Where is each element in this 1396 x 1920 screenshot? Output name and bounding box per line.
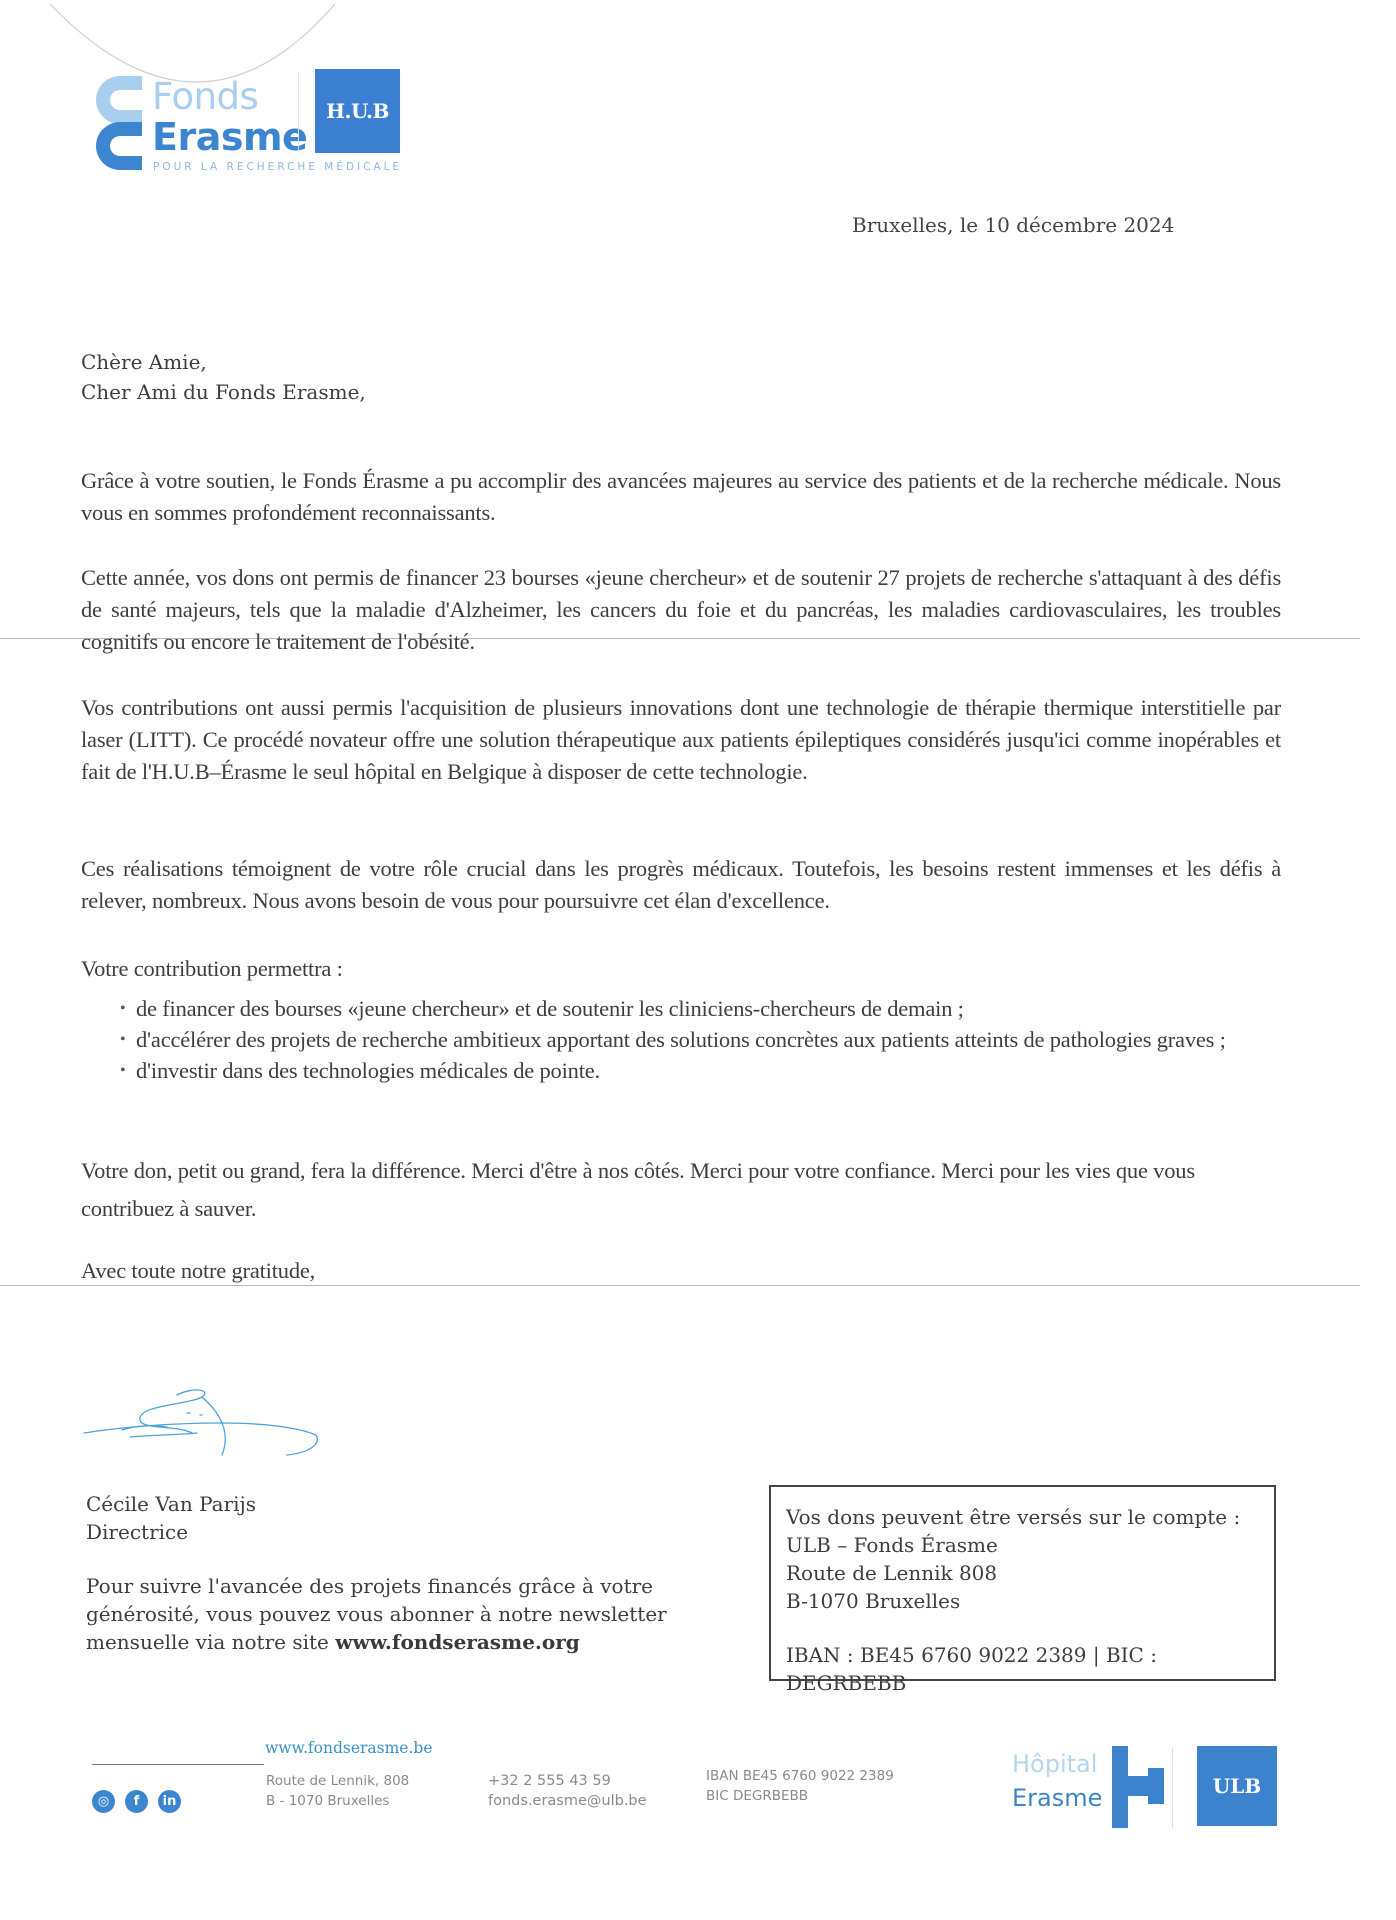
hospital-logo-line1: Hôpital xyxy=(1012,1752,1097,1776)
sign-off: Avec toute notre gratitude, xyxy=(81,1255,1281,1286)
social-links: ◎ f in xyxy=(92,1790,181,1813)
footer-divider xyxy=(92,1764,264,1765)
logo-divider xyxy=(298,72,299,152)
footer-bic: BIC DEGRBEBB xyxy=(706,1786,894,1806)
signatory-title: Directrice xyxy=(86,1518,256,1546)
ulb-logo-badge: ULB xyxy=(1197,1746,1277,1826)
signatory: Cécile Van Parijs Directrice xyxy=(86,1490,256,1546)
body-paragraph: Ces réalisations témoignent de votre rôl… xyxy=(81,853,1281,917)
footer-address: Route de Lennik, 808 B - 1070 Bruxelles xyxy=(266,1771,409,1811)
logo-tagline: POUR LA RECHERCHE MÉDICALE xyxy=(153,161,402,173)
footer-contact: +32 2 555 43 59 fonds.erasme@ulb.be xyxy=(488,1771,647,1811)
hub-logo-badge: H.U.B xyxy=(315,69,400,153)
body-paragraph: Cette année, vos dons ont permis de fina… xyxy=(81,562,1281,658)
closing-paragraph: Votre don, petit ou grand, fera la diffé… xyxy=(81,1152,1281,1228)
letter-date: Bruxelles, le 10 décembre 2024 xyxy=(852,213,1174,237)
footer-phone: +32 2 555 43 59 xyxy=(488,1771,647,1791)
list-item: d'accélérer des projets de recherche amb… xyxy=(120,1024,1250,1055)
footer-address-line: B - 1070 Bruxelles xyxy=(266,1791,409,1811)
hospital-logo-line2: Erasme xyxy=(1012,1786,1102,1810)
list-item: de financer des bourses «jeune chercheur… xyxy=(120,993,1250,1024)
logo-divider xyxy=(1172,1748,1173,1828)
bank-iban: IBAN : BE45 6760 9022 2389 | BIC : DEGRB… xyxy=(786,1641,1274,1697)
facebook-icon[interactable]: f xyxy=(125,1790,148,1813)
body-paragraph: Grâce à votre soutien, le Fonds Érasme a… xyxy=(81,465,1281,529)
footer-bank: IBAN BE45 6760 9022 2389 BIC DEGRBEBB xyxy=(706,1766,894,1806)
signature xyxy=(82,1375,332,1465)
bank-line: ULB – Fonds Érasme xyxy=(786,1531,1274,1559)
newsletter-note: Pour suivre l'avancée des projets financ… xyxy=(86,1572,726,1656)
instagram-icon[interactable]: ◎ xyxy=(92,1790,115,1813)
salutation: Chère Amie, Cher Ami du Fonds Erasme, xyxy=(81,347,1281,407)
list-intro: Votre contribution permettra : xyxy=(81,953,1281,984)
hospital-h-icon xyxy=(1112,1746,1164,1828)
bank-line: B-1070 Bruxelles xyxy=(786,1587,1274,1615)
bank-details-box: Vos dons peuvent être versés sur le comp… xyxy=(769,1485,1276,1681)
bank-intro: Vos dons peuvent être versés sur le comp… xyxy=(786,1503,1274,1531)
signatory-name: Cécile Van Parijs xyxy=(86,1490,256,1518)
bank-line: Route de Lennik 808 xyxy=(786,1559,1274,1587)
list-item: d'investir dans des technologies médical… xyxy=(120,1055,1250,1086)
footer-email[interactable]: fonds.erasme@ulb.be xyxy=(488,1791,647,1811)
footer-iban: IBAN BE45 6760 9022 2389 xyxy=(706,1766,894,1786)
logo-fonds-text: Fonds xyxy=(152,78,258,115)
footer-website-link[interactable]: www.fondserasme.be xyxy=(265,1739,433,1757)
salutation-line: Chère Amie, xyxy=(81,347,1281,377)
fonds-erasme-cc-icon xyxy=(90,70,146,176)
salutation-line: Cher Ami du Fonds Erasme, xyxy=(81,377,1281,407)
body-paragraph: Vos contributions ont aussi permis l'acq… xyxy=(81,692,1281,788)
contribution-list: de financer des bourses «jeune chercheur… xyxy=(120,993,1250,1086)
linkedin-icon[interactable]: in xyxy=(158,1790,181,1813)
newsletter-link[interactable]: www.fondserasme.org xyxy=(335,1630,580,1654)
footer-address-line: Route de Lennik, 808 xyxy=(266,1771,409,1791)
logo-erasme-text: Erasme xyxy=(152,118,307,156)
